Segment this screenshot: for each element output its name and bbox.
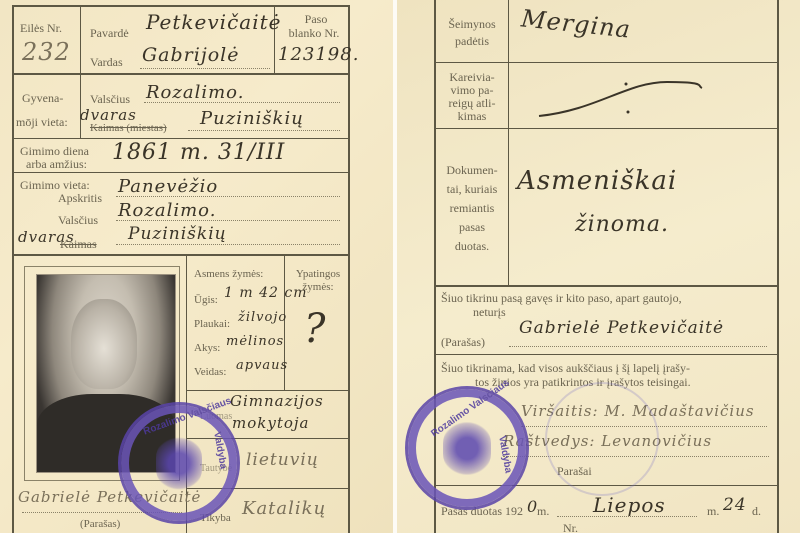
tikrinama-text-1: Šiuo tikrinama, kad visos aukščiaus į šį… xyxy=(441,362,690,375)
gim-kaimas-label: Kaimas xyxy=(60,238,97,251)
paso-label-2: blanko Nr. xyxy=(278,27,350,40)
rozalimo-stamp-left: Rozalimo Valsčiaus Valdyba xyxy=(118,402,240,524)
plaukai-value: žilvojo xyxy=(238,310,287,325)
dokumentai-label-3: remiantis xyxy=(436,202,508,215)
gim-valscius-label: Valsčius xyxy=(58,214,98,227)
tautybe-value: lietuvių xyxy=(246,450,319,470)
stamp-text-bottom: Valdyba xyxy=(211,431,228,470)
paso-blanko-value: 123198. xyxy=(278,44,359,65)
apskritis-label: Apskritis xyxy=(58,192,102,205)
ugis-label: Ūgis: xyxy=(194,294,218,307)
tikyba-value: Katalikų xyxy=(242,498,326,519)
akys-label: Akys: xyxy=(194,342,220,355)
dokumentai-label-5: duotas. xyxy=(436,240,508,253)
dokumentai-label-2: tai, kuriais xyxy=(436,183,508,196)
rozalimo-stamp-right: Rozalimo Valsčiaus Valdyba xyxy=(405,386,529,510)
tikrinu-signature-value: Gabrielė Petkevičaitė xyxy=(519,318,724,338)
passport-left-page: Eilės Nr. 232 Pavardė Petkevičaitė Varda… xyxy=(0,0,393,533)
kaimas-miestas-label: Kaimas (miestas) xyxy=(90,122,167,135)
tikrinu-text-2: neturįs xyxy=(473,306,506,319)
gyvenamoji-label-2: mōji vieta: xyxy=(16,116,68,129)
veidas-label: Veidas: xyxy=(194,366,226,379)
dokumentai-value-1: Asmeniškai xyxy=(517,166,677,196)
luomas-value-2: mokytoja xyxy=(232,414,309,432)
kareiviavimo-dash-mark xyxy=(537,72,707,120)
apskritis-value: Panevėžio xyxy=(118,176,218,197)
dokumentai-label-1: Dokumen- xyxy=(436,164,508,177)
signature-label: (Parašas) xyxy=(80,518,120,531)
vardas-label: Vardas xyxy=(90,56,123,69)
kareiviavimo-label-4: kimas xyxy=(436,110,508,123)
seimynos-value: Mergina xyxy=(520,4,632,43)
passport-right-page: Šeimynos padėtis Mergina Kareivia- vimo … xyxy=(397,0,800,533)
dokumentai-label-4: pasas xyxy=(436,221,508,234)
valscius-label: Valsčius xyxy=(90,93,130,106)
gim-kaimas-value: Puziniškių xyxy=(128,224,227,244)
gyv-valscius-value: Rozalimo. xyxy=(146,82,244,103)
issued-day: 24 xyxy=(723,495,747,515)
nr-label: Nr. xyxy=(563,522,578,533)
issued-m-label: m. xyxy=(537,505,549,518)
vytis-emblem-icon xyxy=(156,437,202,489)
faint-stamp-impression xyxy=(545,382,659,496)
akys-value: mėlinos xyxy=(226,334,284,349)
vytis-emblem-icon xyxy=(443,422,490,475)
eiles-nr-value: 232 xyxy=(22,38,71,66)
eiles-nr-label: Eilės Nr. xyxy=(20,22,62,35)
gyvenamoji-label-1: Gyvena- xyxy=(22,92,63,105)
ypatingos-label-1: Ypatingos xyxy=(290,268,346,281)
ypatingos-label-2: žymės: xyxy=(290,281,346,294)
issued-month: Liepos xyxy=(593,493,666,517)
gimimo-diena-label-2: arba amžius: xyxy=(26,158,87,171)
issued-m-label-2: m. xyxy=(707,505,719,518)
vardas-value: Gabrijolė xyxy=(142,44,239,66)
pavarde-value: Petkevičaitė xyxy=(146,10,281,34)
gyv-kaimas-value: Puziniškių xyxy=(200,108,304,129)
stamp-text-bottom: Valdyba xyxy=(496,435,513,474)
asmens-zymes-label: Asmens žymės: xyxy=(194,268,263,281)
dokumentai-value-2: žinoma. xyxy=(575,212,669,237)
tikrinu-signature-label: (Parašas) xyxy=(441,336,485,349)
gim-valscius-value: Rozalimo. xyxy=(118,200,216,221)
seimynos-label-1: Šeimynos xyxy=(436,18,508,31)
issued-d-label: d. xyxy=(752,505,761,518)
veidas-value: apvaus xyxy=(236,358,288,373)
luomas-value-1: Gimnazijos xyxy=(230,392,324,410)
plaukai-label: Plaukai: xyxy=(194,318,230,331)
pavarde-label: Pavardė xyxy=(90,27,129,40)
ypatingos-value: ? xyxy=(304,306,326,352)
paso-label-1: Paso xyxy=(284,13,348,26)
seimynos-label-2: padėtis xyxy=(436,35,508,48)
tikrinu-text-1: Šiuo tikrinu pasą gavęs ir kito paso, ap… xyxy=(441,292,682,305)
gimimo-diena-value: 1861 m. 31/III xyxy=(112,140,285,165)
